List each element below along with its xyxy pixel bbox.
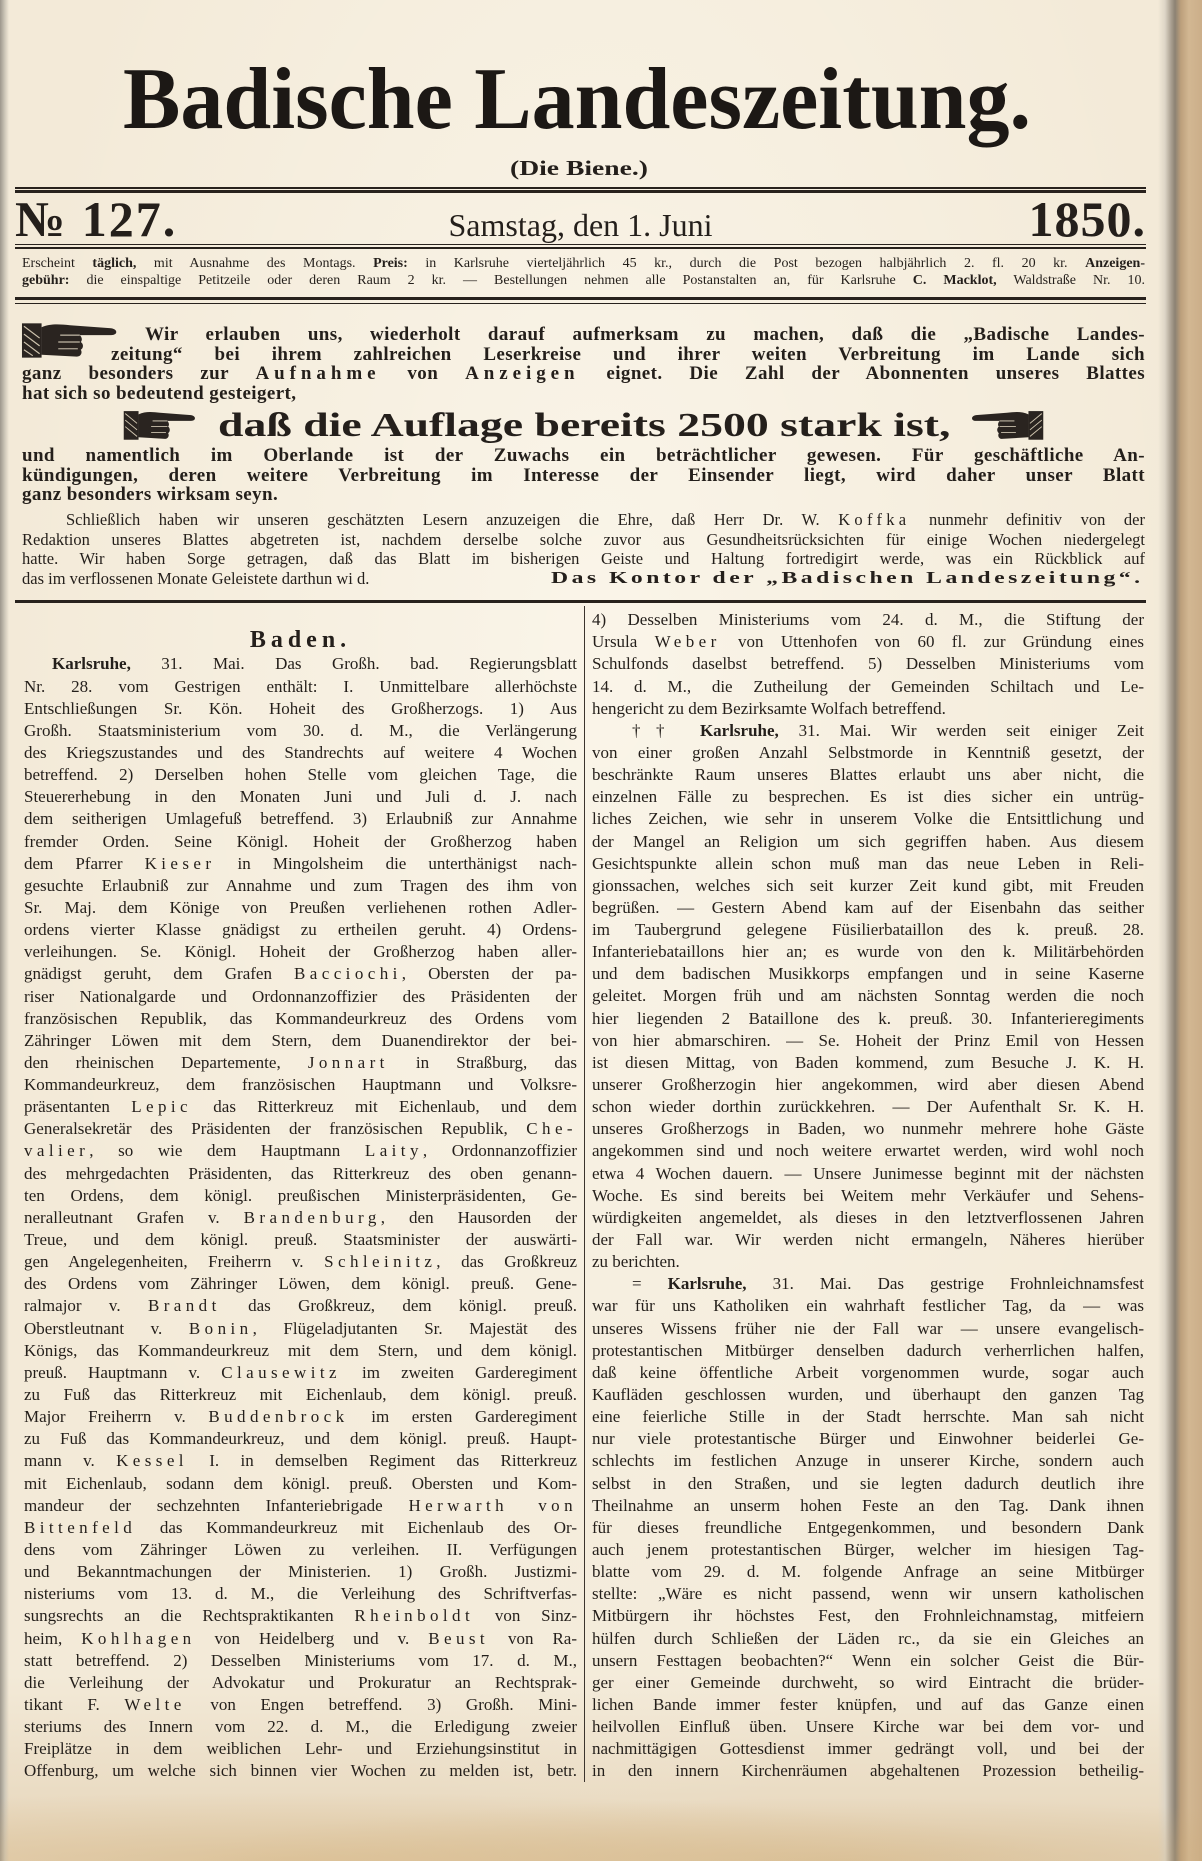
text-line: Nr. 28. vom Gestrigen enthält: I. Unmitt… bbox=[24, 676, 577, 698]
circulation-headline-text: daß die Auflage bereits 2500 stark ist, bbox=[218, 408, 950, 444]
spaced-name: Anzeigen bbox=[465, 363, 579, 384]
text-line: Freiplätze in dem weiblichen Lehr- und E… bbox=[24, 1738, 577, 1760]
bold-text: Karlsruhe, bbox=[668, 1274, 747, 1293]
spaced-name: Schleinitz bbox=[324, 1252, 436, 1271]
rule-thin bbox=[15, 303, 1146, 304]
text-line: nisteriums vom 13. d. M., die Verleihung… bbox=[24, 1583, 577, 1605]
spaced-name: Bonin bbox=[189, 1319, 253, 1338]
masthead-subtitle-text: (Die Biene.) bbox=[510, 155, 648, 181]
text-line: auch jenem protestantischen Bürger, welc… bbox=[592, 1539, 1144, 1561]
text-line: gen Angelegenheiten, Freiherrn v. Schlei… bbox=[24, 1251, 577, 1273]
text-line: †† Karlsruhe, 31. Mai. Wir werden seit e… bbox=[592, 720, 1144, 742]
text-line: und Bekanntmachungen der Ministerien. 1)… bbox=[24, 1561, 577, 1583]
spaced-name: Clausewitz bbox=[221, 1363, 341, 1382]
text-line: dem Pfarrer Kieser in Mingolsheim die un… bbox=[24, 853, 577, 875]
rule-thin bbox=[15, 244, 1146, 245]
issue-year: 1850. bbox=[1029, 192, 1147, 246]
text-line: geleitet. Morgen früh und am nächsten So… bbox=[592, 985, 1144, 1007]
spaced-name: Herwarth von bbox=[408, 1496, 577, 1515]
bold-text: Anzeigen- bbox=[1085, 256, 1145, 271]
bold-text: gebühr: bbox=[22, 273, 69, 288]
issue-number: № 127. bbox=[15, 192, 177, 246]
text-line: heilvollen Einfluß üben. Unsere Kirche w… bbox=[592, 1716, 1144, 1738]
spaced-name: Buddenbrock bbox=[208, 1407, 348, 1426]
text-line: Entschließungen Sr. Kön. Hoheit des Groß… bbox=[24, 698, 577, 720]
text-line: gionssachen, welches sich seit kurzer Ze… bbox=[592, 875, 1144, 897]
text-line: und dem badischen Musikkorps empfangen u… bbox=[592, 963, 1144, 985]
spaced-name: Lepic bbox=[131, 1097, 192, 1116]
text-line: Kaufläden geschlossen wurden, und überha… bbox=[592, 1384, 1144, 1406]
text-line: protestantischen Mitbürger denselben dad… bbox=[592, 1340, 1144, 1362]
announcement-line: Wir erlauben uns, wiederholt darauf aufm… bbox=[22, 325, 1145, 345]
text-line: riser Nationalgarde und Ordonnanzoffizie… bbox=[24, 986, 577, 1008]
text-line: eine feierliche Stille in der Stadt herr… bbox=[592, 1406, 1144, 1428]
text-line: von hier abmarschiren. — Se. Hoheit der … bbox=[592, 1030, 1144, 1052]
spaced-name: Kohlhagen bbox=[81, 1629, 195, 1648]
text-line: Oberstleutnant v. Bonin, Flügeladjutante… bbox=[24, 1318, 577, 1340]
bold-text: C. Macklot, bbox=[913, 273, 997, 288]
text-line: Woche. Es sind bereits bei Weitem mehr V… bbox=[592, 1185, 1144, 1207]
text-line: ordens vierter Klasse gnädigst zu erthei… bbox=[24, 919, 577, 941]
text-line: Steuererhebung in den Monaten Juni und J… bbox=[24, 786, 577, 808]
text-line: ist diesen Mittag, von Baden kommend, zu… bbox=[592, 1052, 1144, 1074]
text-line: Königs, das Kommandeurkreuz mit dem Ster… bbox=[24, 1340, 577, 1362]
text-line: Gesichtspunkte allein schon muß man das … bbox=[592, 853, 1144, 875]
spaced-name: Laity bbox=[365, 1141, 423, 1160]
text-line: = Karlsruhe, 31. Mai. Das gestrige Frohn… bbox=[592, 1273, 1144, 1295]
masthead-subtitle: (Die Biene.) bbox=[510, 155, 648, 181]
bold-text: Karlsruhe, bbox=[700, 721, 779, 740]
spaced-name: Koffka bbox=[838, 510, 910, 529]
text-line: ralmajor v. Brandt das Großkreuz, dem kö… bbox=[24, 1295, 577, 1317]
text-line: mann v. Kessel I. in demselben Regiment … bbox=[24, 1450, 577, 1472]
text-line: zu Fuß das Kommandeurkreuz, und dem köni… bbox=[24, 1428, 577, 1450]
text-line: selbst in den Straßen, und sie legten da… bbox=[592, 1473, 1144, 1495]
text-line: unseres Wissens früher nie der Fall war … bbox=[592, 1318, 1144, 1340]
spaced-name: Kessel bbox=[116, 1451, 188, 1470]
announcement-line: zeitung“ bei ihrem zahlreichen Leserkrei… bbox=[22, 345, 1145, 365]
spaced-name: Kieser bbox=[145, 854, 216, 873]
issue-info-row: № 127. Samstag, den 1. Juni 1850. bbox=[15, 192, 1146, 246]
text-line: Treue, und dem königl. preuß. Staatsmini… bbox=[24, 1229, 577, 1251]
masthead-title: Badische Landeszeitung. bbox=[123, 54, 1031, 146]
text-line: Theilnahme an unserm hohen Feste an den … bbox=[592, 1495, 1144, 1517]
text-line: für dieses freundliche Entgegenkommen, u… bbox=[592, 1517, 1144, 1539]
hand-pointing-left-icon bbox=[970, 407, 1044, 443]
text-line: von einer großen Anzahl Selbstmorde in K… bbox=[592, 742, 1144, 764]
text-line: der Fall war. Wir werden nicht ermangeln… bbox=[592, 1229, 1144, 1251]
announcement-line: hat sich so bedeutend gesteigert, bbox=[22, 384, 1145, 404]
text-line: blatte vom 29. d. M. folgende Anfrage an… bbox=[592, 1561, 1144, 1583]
announcement-bold-text: und namentlich im Oberlande ist der Zuwa… bbox=[22, 446, 1145, 505]
text-line: Offenburg, um welche sich binnen vier Wo… bbox=[24, 1760, 577, 1782]
spaced-name: valier bbox=[24, 1141, 89, 1160]
text-line: des Ordens vom Zähringer Löwen, dem köni… bbox=[24, 1273, 577, 1295]
text-line: mit Eichenlaub, sodann dem königl. preuß… bbox=[24, 1473, 577, 1495]
text-line: präsentanten Lepic das Ritterkreuz mit E… bbox=[24, 1096, 577, 1118]
rule-thin bbox=[15, 247, 1146, 249]
text-line: unsern Festtagen beobachten?“ Wenn ein s… bbox=[592, 1650, 1144, 1672]
text-line: und namentlich im Oberlande ist der Zuwa… bbox=[22, 446, 1145, 466]
text-line: beschränkte Raum unseres Blattes erlaubt… bbox=[592, 764, 1144, 786]
text-line: tikant F. Welte von Engen betreffend. 3)… bbox=[24, 1694, 577, 1716]
text-line: steriums des Innern vom 22. d. M., die E… bbox=[24, 1716, 577, 1738]
text-line: sungsrechts an die Rechtspraktikanten Rh… bbox=[24, 1605, 577, 1627]
text-line: war für uns Katholiken ein wahrhaft fest… bbox=[592, 1295, 1144, 1317]
announcement-signature: Das Kontor der „Badischen Landeszeitung“… bbox=[551, 568, 1143, 588]
text-line: dem seitherigen Umlagefuß betreffend. 3)… bbox=[24, 808, 577, 830]
text-line: Zähringer Löwen mit dem Stern, dem Duane… bbox=[24, 1030, 577, 1052]
text-line: mandeur der sechzehnten Infanteriebrigad… bbox=[24, 1495, 577, 1517]
text-line: unserer Großherzogin hier angekommen, wi… bbox=[592, 1074, 1144, 1096]
text-line: Mitbürgern ihr höchstes Fest, den Frohnl… bbox=[592, 1605, 1144, 1627]
text-line: unseres Großherzogs in Baden, wo nunmehr… bbox=[592, 1118, 1144, 1140]
text-line: Karlsruhe, 31. Mai. Das Großh. bad. Regi… bbox=[24, 653, 577, 675]
bold-text: täglich, bbox=[92, 256, 136, 271]
text-line: der Mangel an Religion um sich gegriffen… bbox=[592, 831, 1144, 853]
text-line: etwa 4 Wochen dauern. — Unsere Junimesse… bbox=[592, 1163, 1144, 1185]
text-line: französischen Republik, das Kommandeurkr… bbox=[24, 1008, 577, 1030]
text-line: ganz besonders wirksam seyn. bbox=[22, 485, 1145, 505]
text-line: Infanteriebataillons hier an; es wurde v… bbox=[592, 941, 1144, 963]
text-line: Sr. Maj. dem Könige von Preußen verliehe… bbox=[24, 897, 577, 919]
text-line: stellte: „Wäre es nicht passend, wenn wi… bbox=[592, 1583, 1144, 1605]
text-line: Großh. Staatsministerium vom 30. d. M., … bbox=[24, 720, 577, 742]
text-line: valier, so wie dem Hauptmann Laity, Ordo… bbox=[24, 1140, 577, 1162]
text-line: heim, Kohlhagen von Heidelberg und v. Be… bbox=[24, 1628, 577, 1650]
text-line: schon wieder dorthin zurückkehren. — Der… bbox=[592, 1096, 1144, 1118]
text-line: ten Ordens, dem königl. preußischen Mini… bbox=[24, 1185, 577, 1207]
rule-thick bbox=[15, 600, 1146, 603]
text-line: die Verleihung der Advokatur und Prokura… bbox=[24, 1672, 577, 1694]
spaced-name: Bacciochi bbox=[294, 964, 402, 983]
subscription-line: Erscheint täglich, mit Ausnahme des Mont… bbox=[22, 255, 1145, 272]
text-line: kündigungen, deren weitere Verbreitung i… bbox=[22, 466, 1145, 486]
announcement-last-line: das im verflossenen Monate Geleistete da… bbox=[22, 569, 369, 589]
page-edge-left bbox=[0, 0, 9, 1861]
text-line: 14. d. M., die Zutheilung der Gemeinden … bbox=[592, 676, 1144, 698]
rule-thin bbox=[15, 187, 1146, 189]
text-line: betreffend. 2) Derselben hohen Stelle vo… bbox=[24, 764, 577, 786]
text-line: begrüßen. — Gestern Abend kam auf der Ei… bbox=[592, 897, 1144, 919]
text-line: nachmittägigen Gottesdienst immer gedrän… bbox=[592, 1738, 1144, 1760]
spaced-name: Che- bbox=[526, 1119, 577, 1138]
text-line: preuß. Hauptmann v. Clausewitz im zweite… bbox=[24, 1362, 577, 1384]
text-line: zu berichten. bbox=[592, 1251, 1144, 1273]
subscription-info: Erscheint täglich, mit Ausnahme des Mont… bbox=[22, 255, 1145, 289]
text-line: dens vom Zähringer Löwen zu verleihen. I… bbox=[24, 1539, 577, 1561]
text-line: hengericht zu dem Bezirksamte Wolfach be… bbox=[592, 698, 1144, 720]
text-line: würdigkeiten angemeldet, als dieses in d… bbox=[592, 1207, 1144, 1229]
signature-text: Das Kontor der „Badischen Landeszeitung“… bbox=[551, 568, 1144, 588]
text-line: hatte. Wir haben Sorge getragen, daß das… bbox=[22, 549, 1145, 569]
text-line: Bittenfeld das Kommandeurkreuz mit Eiche… bbox=[24, 1517, 577, 1539]
text-line: statt betreffend. 2) Desselben Ministeri… bbox=[24, 1650, 577, 1672]
text-line: daß keine öffentliche Arbeit vorgenommen… bbox=[592, 1362, 1144, 1384]
announcement-intro: Wir erlauben uns, wiederholt darauf aufm… bbox=[22, 325, 1145, 403]
hand-pointing-right-icon bbox=[123, 407, 197, 443]
text-line: 4) Desselben Ministeriums vom 24. d. M.,… bbox=[592, 609, 1144, 631]
spaced-name: Aufnahme bbox=[255, 363, 380, 384]
text-line: angekommen sind und noch weitere erwarte… bbox=[592, 1140, 1144, 1162]
subscription-line: gebühr: die einspaltige Petitzeile oder … bbox=[22, 272, 1145, 289]
announcement-editorial-note: Schließlich haben wir unseren geschätzte… bbox=[22, 510, 1145, 569]
spaced-name: Brandt bbox=[148, 1296, 221, 1315]
text-line: Schließlich haben wir unseren geschätzte… bbox=[22, 510, 1145, 530]
text-line: neralleutnant Grafen v. Brandenburg, den… bbox=[24, 1207, 577, 1229]
text-line: des Kriegszustandes und des Standrechts … bbox=[24, 742, 577, 764]
text-line: gesuchte Erlaubniß zur Annahme und zum T… bbox=[24, 875, 577, 897]
text-line: Kommandeurkreuz, dem französischen Haupt… bbox=[24, 1074, 577, 1096]
text-line: hülfen durch Schließen der Läden rc., da… bbox=[592, 1628, 1144, 1650]
spaced-name: Brandenburg bbox=[244, 1208, 381, 1227]
spaced-name: Rheinboldt bbox=[354, 1606, 474, 1625]
text-line: lichen Bande immer fester knüpfen, und a… bbox=[592, 1694, 1144, 1716]
circulation-headline: daß die Auflage bereits 2500 stark ist, bbox=[218, 408, 950, 444]
text-line: zu Fuß das Ritterkreuz mit Eichenlaub, d… bbox=[24, 1384, 577, 1406]
text-line: Generalsekretär des Präsidenten der fran… bbox=[24, 1118, 577, 1140]
spaced-name: Welte bbox=[124, 1695, 185, 1714]
spaced-name: Weber bbox=[655, 632, 721, 651]
page-edge-right-binding bbox=[1158, 0, 1202, 1861]
text-line: Schulfonds daselbst betreffend. 5) Desse… bbox=[592, 653, 1144, 675]
rule-thick bbox=[15, 297, 1146, 300]
text-line: den rheinischen Departemente, Jonnart in… bbox=[24, 1052, 577, 1074]
spaced-name: Jonnart bbox=[308, 1053, 389, 1072]
text-line: verleihungen. Se. Königl. Hoheit der Gro… bbox=[24, 941, 577, 963]
masthead-title-text: Badische Landeszeitung. bbox=[123, 54, 1031, 146]
text-line: Ursula Weber von Uttenhofen von 60 fl. z… bbox=[592, 631, 1144, 653]
text-line: fremder Orden. Seine Königl. Hoheit der … bbox=[24, 831, 577, 853]
spaced-name: Bittenfeld bbox=[24, 1518, 136, 1537]
spaced-name: Beust bbox=[428, 1629, 489, 1648]
text-line: gnädigst geruht, dem Grafen Bacciochi, O… bbox=[24, 963, 577, 985]
text-line: in den innern Kirchenräumen abgehaltenen… bbox=[592, 1760, 1144, 1782]
column-right: 4) Desselben Ministeriums vom 24. d. M.,… bbox=[592, 609, 1144, 1782]
text-line: nur viele protestantische Bürger und Ein… bbox=[592, 1428, 1144, 1450]
bold-text: Preis: bbox=[373, 256, 408, 271]
column-left: Karlsruhe, 31. Mai. Das Großh. bad. Regi… bbox=[24, 653, 577, 1782]
column-divider bbox=[584, 606, 585, 1782]
text-line: Redaktion unseres Blattes abgetreten ist… bbox=[22, 530, 1145, 550]
text-line: im Taubergrund gelegene Füsilierbataillo… bbox=[592, 919, 1144, 941]
text-line: ger einer Gemeinde durchweht, so wird Ei… bbox=[592, 1672, 1144, 1694]
announcement-line: ganz besonders zur Aufnahme von Anzeigen… bbox=[22, 364, 1145, 384]
section-heading-baden: Baden. bbox=[24, 624, 577, 656]
bold-text: Karlsruhe, bbox=[52, 654, 131, 673]
text-line: schlechts im festlichen Anzuge in unsere… bbox=[592, 1450, 1144, 1472]
text-line: hier liegenden 2 Bataillone des k. preuß… bbox=[592, 1008, 1144, 1030]
text-line: einzelnen Fälle zu besprechen. Es ist di… bbox=[592, 786, 1144, 808]
text-line: Major Freiherrn v. Buddenbrock im ersten… bbox=[24, 1406, 577, 1428]
paper-stain bbox=[0, 1780, 1202, 1861]
text-line: liches Zeichen, wie sehr in unserem Volk… bbox=[592, 808, 1144, 830]
text-line: des mehrgedachten Präsidenten, das Ritte… bbox=[24, 1163, 577, 1185]
